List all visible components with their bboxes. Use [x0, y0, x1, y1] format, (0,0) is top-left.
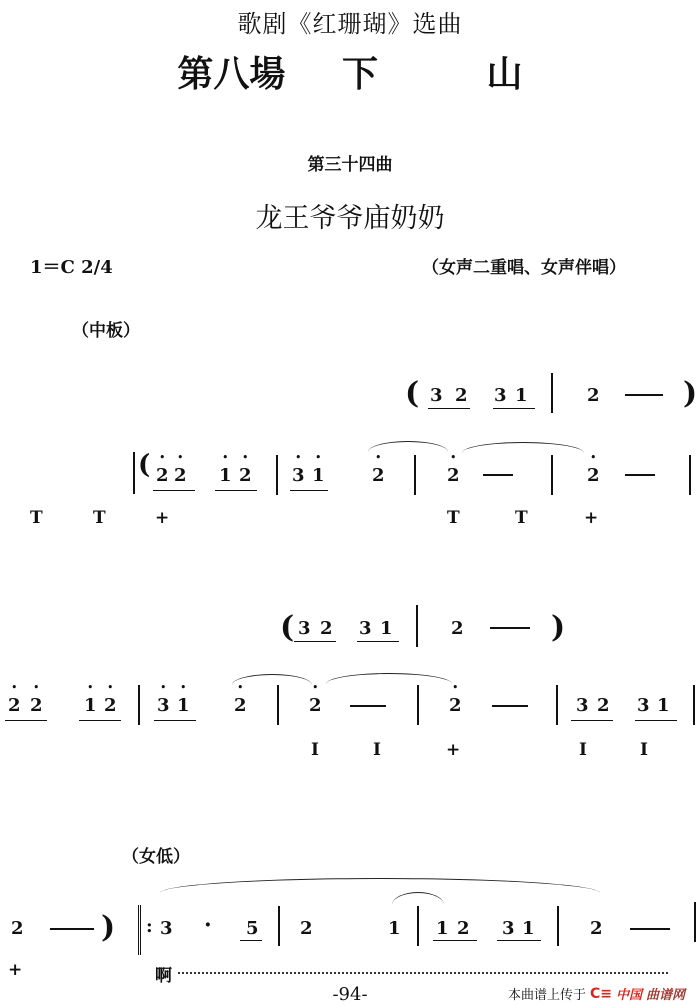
song-number: 第三十四曲: [0, 150, 700, 175]
note: 2: [239, 465, 252, 486]
close-paren: ): [683, 376, 697, 411]
scene-word-1: 下: [342, 46, 378, 97]
underline: [571, 720, 613, 721]
scene-number: 第八場: [177, 46, 285, 97]
tie: [462, 442, 584, 453]
barline: [416, 605, 418, 647]
note: 1: [177, 695, 190, 716]
note: 2: [104, 695, 117, 716]
dash: [483, 474, 513, 476]
note: 3: [502, 918, 515, 939]
open-paren: (: [280, 610, 294, 645]
repeat-dots: :: [146, 916, 153, 937]
barline: [693, 685, 695, 725]
note: 2: [451, 618, 464, 639]
underline: [154, 720, 196, 721]
barline: [414, 455, 416, 495]
note: 3: [292, 465, 305, 486]
dash: [625, 474, 655, 476]
note: 1: [312, 465, 325, 486]
underline: [5, 720, 47, 721]
augmentation-dot: ·: [204, 912, 212, 938]
note: 2: [372, 465, 385, 486]
open-paren: (: [138, 450, 150, 480]
dash: [630, 928, 670, 930]
watermark-text: 本曲谱上传于: [508, 984, 586, 1003]
note: 2: [30, 695, 43, 716]
note: 3: [576, 695, 589, 716]
barline: [276, 455, 278, 495]
song-title: 龙王爷爷庙奶奶: [0, 196, 700, 235]
underline: [635, 720, 677, 721]
tie: [326, 673, 452, 684]
phrase-slur: [160, 878, 600, 893]
key-signature: 1＝C 2/4: [30, 253, 113, 279]
note: 5: [246, 918, 259, 939]
barline: [133, 452, 135, 494]
note: 3: [637, 695, 650, 716]
barline: [557, 906, 559, 946]
tie: [232, 674, 312, 685]
note: 2: [457, 918, 470, 939]
percussion-mark: T: [515, 508, 528, 528]
underline: [493, 408, 535, 409]
barline: [694, 902, 696, 942]
note: 2: [11, 918, 24, 939]
note: 1: [388, 918, 401, 939]
note: 2: [309, 695, 322, 716]
underline: [497, 940, 541, 941]
repeat-barline: [138, 905, 144, 955]
note: 2: [320, 618, 333, 639]
note: 3: [494, 385, 507, 406]
note: 3: [157, 695, 170, 716]
barline: [417, 906, 419, 946]
percussion-mark: I: [311, 740, 319, 760]
note: 2: [174, 465, 187, 486]
percussion-mark: +: [446, 740, 460, 760]
note: 1: [436, 918, 449, 939]
underline: [240, 940, 262, 941]
note: 1: [84, 695, 97, 716]
note: 2: [300, 918, 313, 939]
note: 1: [515, 385, 528, 406]
barline: [551, 373, 553, 413]
dash: [490, 627, 530, 629]
barline: [417, 685, 419, 725]
percussion-mark: I: [579, 740, 587, 760]
barline: [689, 455, 691, 495]
site-logo-icon: C≡: [590, 986, 612, 1002]
lyric-extension: [178, 972, 668, 974]
note: 1: [657, 695, 670, 716]
percussion-mark: +: [8, 960, 22, 980]
note: 3: [298, 618, 311, 639]
percussion-mark: I: [373, 740, 381, 760]
barline: [556, 685, 558, 725]
percussion-mark: T: [93, 508, 106, 528]
note: 1: [380, 618, 393, 639]
barline: [138, 685, 140, 725]
note: 2: [587, 465, 600, 486]
barline: [278, 906, 280, 946]
dash: [625, 394, 663, 396]
lyric: 啊: [155, 961, 172, 986]
voices-note: （女声二重唱、女声伴唱）: [422, 253, 626, 278]
underline: [79, 720, 121, 721]
note: 2: [234, 695, 247, 716]
note: 2: [447, 465, 460, 486]
open-paren: (: [405, 376, 419, 411]
percussion-mark: +: [155, 508, 169, 528]
note: 2: [597, 695, 610, 716]
dash: [50, 928, 94, 930]
note: 2: [587, 385, 600, 406]
note: 2: [590, 918, 603, 939]
underline: [290, 490, 328, 491]
note: 2: [455, 385, 468, 406]
close-paren: ): [101, 910, 115, 945]
note: 3: [359, 618, 372, 639]
close-paren: ): [551, 610, 565, 645]
underline: [428, 408, 470, 409]
scene-title: 第八場 下 山: [0, 46, 700, 97]
note: 3: [430, 385, 443, 406]
barline: [277, 685, 279, 725]
underline: [294, 641, 336, 642]
note: 2: [156, 465, 169, 486]
watermark-brand-b: 曲谱网: [646, 984, 685, 1003]
note: 2: [449, 695, 462, 716]
opera-title: 歌剧《红珊瑚》选曲: [0, 4, 700, 39]
tempo-marking: （中板）: [72, 316, 140, 341]
underline: [357, 641, 399, 642]
dash: [492, 705, 528, 707]
watermark-brand-a: 中国: [616, 984, 642, 1003]
watermark: 本曲谱上传于 C≡ 中国曲谱网: [508, 984, 685, 1003]
note: 1: [219, 465, 232, 486]
barline: [551, 455, 553, 495]
tie: [392, 892, 444, 905]
voice-label: （女低）: [122, 842, 190, 867]
scene-word-2: 山: [487, 46, 523, 97]
note: 3: [160, 918, 173, 939]
percussion-mark: T: [447, 508, 460, 528]
underline: [153, 490, 195, 491]
percussion-mark: +: [584, 508, 598, 528]
dash: [350, 705, 386, 707]
underline: [215, 490, 257, 491]
note: 1: [522, 918, 535, 939]
underline: [433, 940, 477, 941]
percussion-mark: I: [640, 740, 648, 760]
percussion-mark: T: [30, 508, 43, 528]
tie: [368, 441, 448, 452]
note: 2: [8, 695, 21, 716]
